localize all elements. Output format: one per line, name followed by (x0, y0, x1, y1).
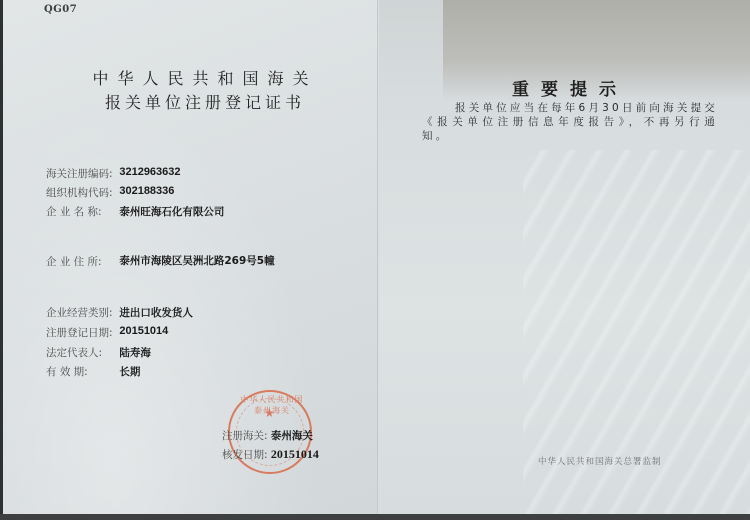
field-business-type: 企业经营类别: 进出口收发货人 (46, 305, 193, 320)
field-label: 法定代表人: (46, 345, 116, 360)
issuing-authority-footer: 中华人民共和国海关总署监制 (538, 455, 662, 467)
issuer-label: 注册海关: (222, 430, 268, 442)
field-company-name: 企 业 名 称: 泰州旺海石化有限公司 (46, 204, 224, 219)
field-label: 海关注册编码: (46, 166, 116, 181)
form-code: QG07 (44, 4, 77, 15)
field-value: 302188336 (119, 185, 174, 197)
notice-body: 报关单位应当在每年6月30日前向海关提交《报关单位注册信息年度报告》，不再另行通… (422, 101, 718, 143)
star-icon: ★ (264, 406, 275, 420)
field-value: 泰州市海陵区吴洲北路269号5幢 (119, 254, 289, 268)
field-validity: 有 效 期: 长期 (46, 364, 140, 379)
field-value: 长期 (119, 364, 140, 379)
field-registration-date: 注册登记日期: 20151014 (46, 325, 168, 340)
field-label: 企 业 住 所: (46, 254, 116, 269)
field-value: 进出口收发货人 (119, 305, 193, 320)
field-label: 有 效 期: (46, 364, 116, 379)
page-fold (377, 0, 379, 514)
certificate-title-line1: 中华人民共和国海关 (60, 66, 350, 89)
issuer-label: 核发日期: (222, 449, 268, 461)
field-legal-rep: 法定代表人: 陆寿海 (46, 345, 151, 360)
field-label: 注册登记日期: (46, 325, 116, 340)
notice-title: 重要提示 (480, 75, 660, 100)
field-registration-code: 海关注册编码: 3212963632 (46, 166, 181, 181)
issuer-value: 泰州海关 (271, 430, 313, 442)
issuer-value: 20151014 (271, 447, 319, 461)
field-value: 泰州旺海石化有限公司 (119, 204, 224, 219)
document-bottom-edge (0, 514, 750, 520)
certificate-title-line2: 报关单位注册登记证书 (60, 90, 350, 113)
field-value: 陆寿海 (119, 345, 151, 360)
field-address: 企 业 住 所: 泰州市海陵区吴洲北路269号5幢 (46, 254, 289, 269)
field-value: 3212963632 (119, 166, 180, 178)
issuer-customs: 注册海关: 泰州海关 (222, 428, 313, 443)
field-label: 组织机构代码: (46, 185, 116, 200)
field-org-code: 组织机构代码: 302188336 (46, 185, 174, 200)
issuer-date: 核发日期: 20151014 (222, 447, 319, 462)
field-label: 企 业 名 称: (46, 204, 116, 219)
field-label: 企业经营类别: (46, 305, 116, 320)
field-value: 20151014 (119, 325, 168, 337)
